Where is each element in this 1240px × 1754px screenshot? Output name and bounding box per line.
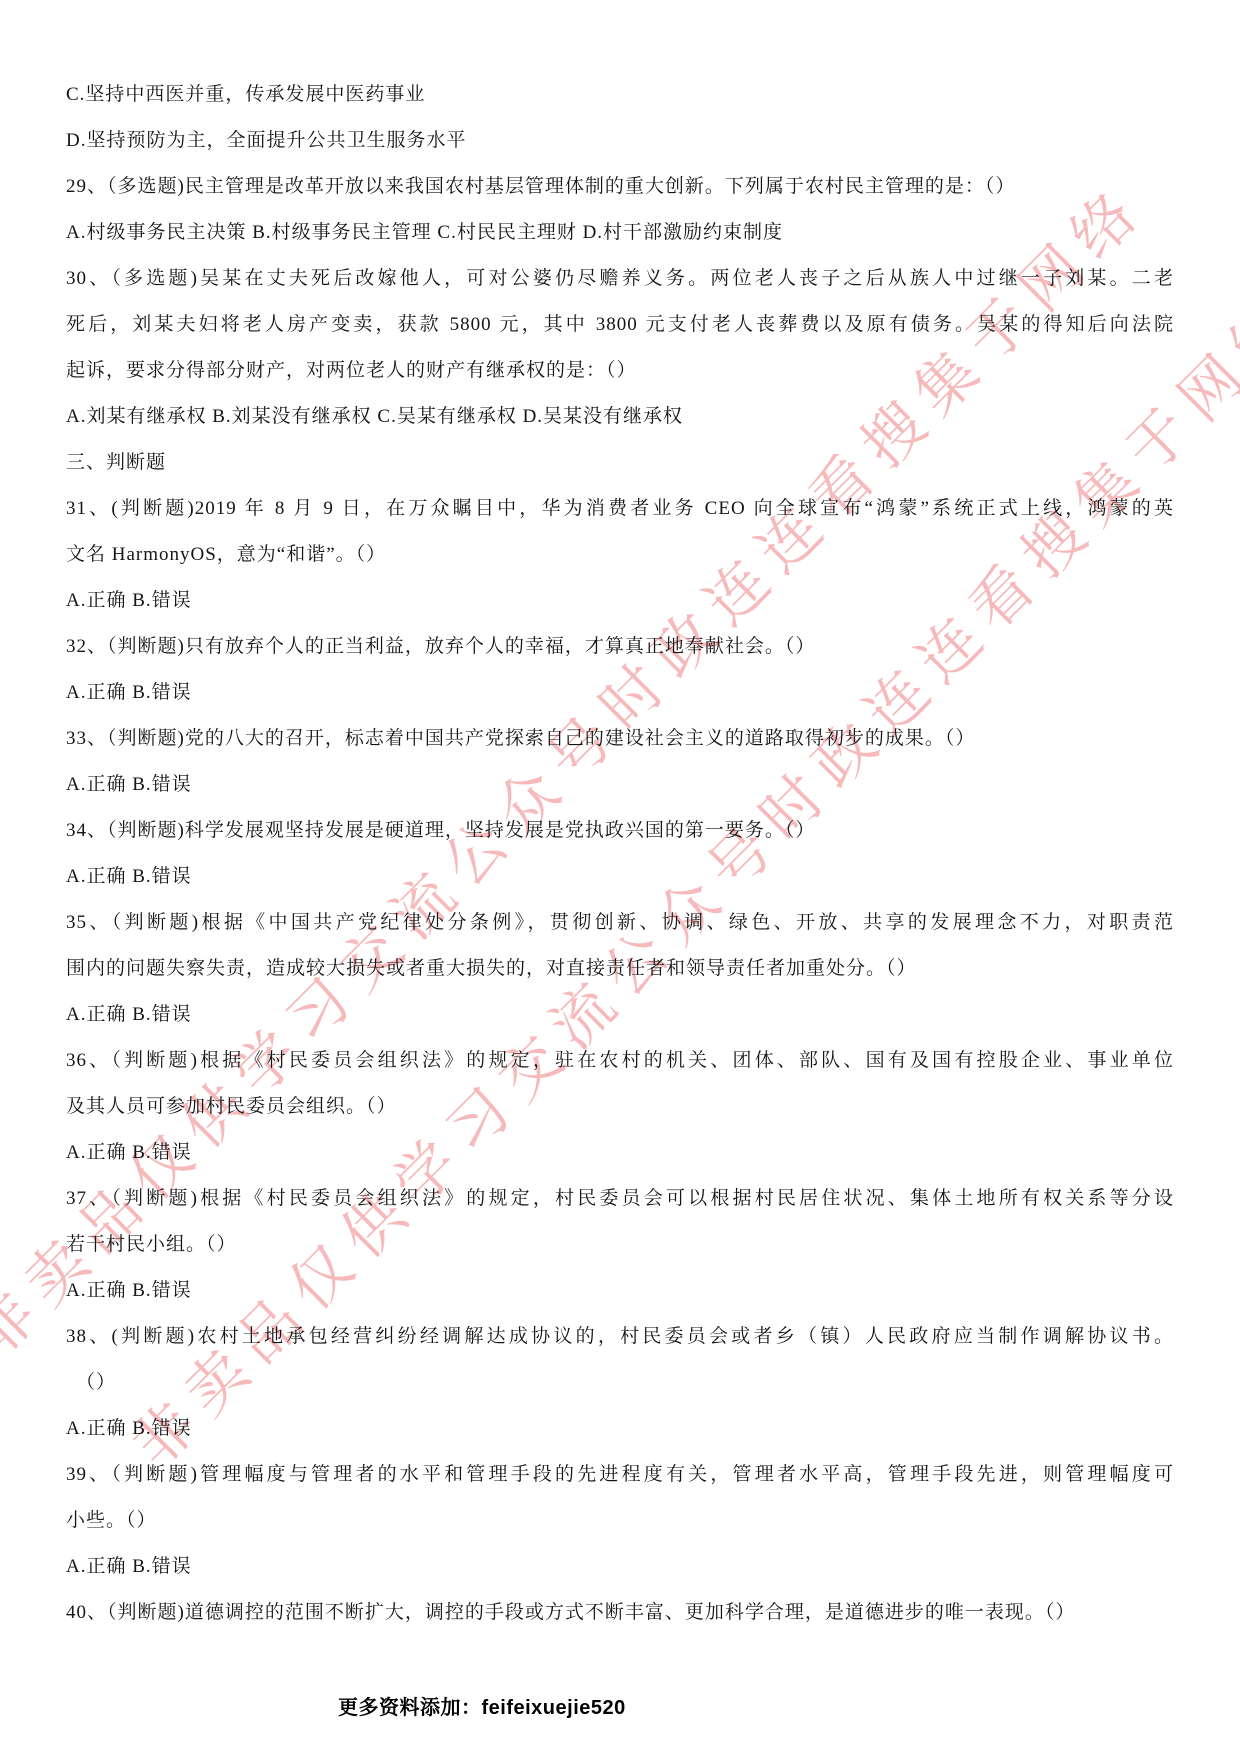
text-line: A.正确 B.错误 <box>66 1406 1174 1452</box>
text-line: （） <box>66 1360 1174 1406</box>
document-body: C.坚持中西医并重，传承发展中医药事业D.坚持预防为主，全面提升公共卫生服务水平… <box>66 72 1174 1636</box>
text-line: 32、（判断题)只有放弃个人的正当利益，放弃个人的幸福，才算真正地奉献社会。（） <box>66 624 1174 670</box>
text-line: 围内的问题失察失责，造成较大损失或者重大损失的，对直接责任者和领导责任者加重处分… <box>66 946 1174 992</box>
text-line: 及其人员可参加村民委员会组织。（） <box>66 1084 1174 1130</box>
footer-note: 更多资料添加：feifeixuejie520 <box>338 1692 626 1724</box>
text-line: 死后，刘某夫妇将老人房产变卖，获款 5800 元，其中 3800 元支付老人丧葬… <box>66 302 1174 348</box>
text-line: A.正确 B.错误 <box>66 762 1174 808</box>
text-line: A.正确 B.错误 <box>66 670 1174 716</box>
text-line: 33、（判断题)党的八大的召开，标志着中国共产党探索自己的建设社会主义的道路取得… <box>66 716 1174 762</box>
text-line: 29、（多选题)民主管理是改革开放以来我国农村基层管理体制的重大创新。下列属于农… <box>66 164 1174 210</box>
text-line: 38、(判断题)农村土地承包经营纠纷经调解达成协议的，村民委员会或者乡（镇）人民… <box>66 1314 1174 1360</box>
text-line: 36、（判断题)根据《村民委员会组织法》的规定，驻在农村的机关、团体、部队、国有… <box>66 1038 1174 1084</box>
document-page: 非卖品仅供学习交流公众号时政连连看搜集于网络 非卖品仅供学习交流公众号时政连连看… <box>0 0 1240 1754</box>
text-line: A.村级事务民主决策 B.村级事务民主管理 C.村民民主理财 D.村干部激励约束… <box>66 210 1174 256</box>
text-line: A.正确 B.错误 <box>66 1268 1174 1314</box>
text-line: 起诉，要求分得部分财产，对两位老人的财产有继承权的是：（） <box>66 348 1174 394</box>
text-line: C.坚持中西医并重，传承发展中医药事业 <box>66 72 1174 118</box>
text-line: A.正确 B.错误 <box>66 854 1174 900</box>
text-line: A.正确 B.错误 <box>66 1130 1174 1176</box>
text-line: 小些。（） <box>66 1498 1174 1544</box>
text-line: A.正确 B.错误 <box>66 992 1174 1038</box>
text-line: A.正确 B.错误 <box>66 578 1174 624</box>
text-line: 37、（判断题)根据《村民委员会组织法》的规定，村民委员会可以根据村民居住状况、… <box>66 1176 1174 1222</box>
text-line: 若干村民小组。（） <box>66 1222 1174 1268</box>
text-line: 40、（判断题)道德调控的范围不断扩大，调控的手段或方式不断丰富、更加科学合理，… <box>66 1590 1174 1636</box>
text-line: D.坚持预防为主，全面提升公共卫生服务水平 <box>66 118 1174 164</box>
text-line: 三、判断题 <box>66 440 1174 486</box>
text-line: 30、（多选题)吴某在丈夫死后改嫁他人，可对公婆仍尽赡养义务。两位老人丧子之后从… <box>66 256 1174 302</box>
text-line: 35、（判断题)根据《中国共产党纪律处分条例》，贯彻创新、协调、绿色、开放、共享… <box>66 900 1174 946</box>
text-line: 34、（判断题)科学发展观坚持发展是硬道理，坚持发展是党执政兴国的第一要务。（） <box>66 808 1174 854</box>
text-line: 文名 HarmonyOS，意为“和谐”。（） <box>66 532 1174 578</box>
text-line: A.正确 B.错误 <box>66 1544 1174 1590</box>
text-line: 39、（判断题)管理幅度与管理者的水平和管理手段的先进程度有关，管理者水平高，管… <box>66 1452 1174 1498</box>
footer-label: 更多资料添加： <box>338 1697 482 1719</box>
text-line: A.刘某有继承权 B.刘某没有继承权 C.吴某有继承权 D.吴某没有继承权 <box>66 394 1174 440</box>
footer-handle: feifeixuejie520 <box>482 1697 626 1719</box>
text-line: 31、(判断题)2019 年 8 月 9 日，在万众瞩目中，华为消费者业务 CE… <box>66 486 1174 532</box>
